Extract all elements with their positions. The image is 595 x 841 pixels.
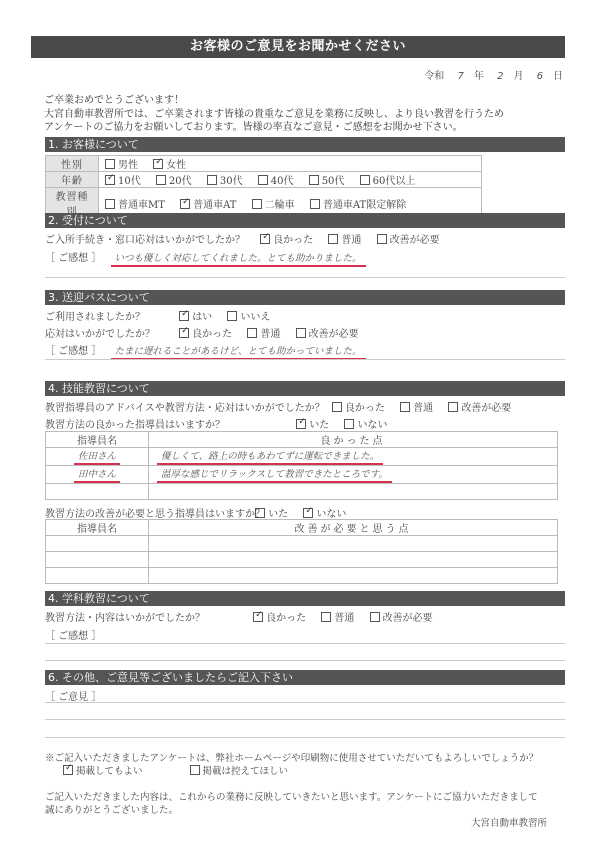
table-row: 田中さん 温厚な感じでリラックスして教習できたところです。	[46, 466, 558, 484]
bus-comment-row: ［ ご感想 ］ たまに遅れることがあるけど、とても助かっていました。	[45, 342, 366, 360]
checkbox-needs-improvement[interactable]: 改善が必要	[448, 399, 511, 414]
checkbox-good[interactable]: 良かった	[332, 399, 385, 414]
checked-checkbox-icon	[179, 328, 189, 338]
option-label: 改善が必要	[461, 403, 511, 414]
reception-comment[interactable]: いつも優しく対応してくれました。とても助かりました。	[111, 250, 366, 267]
option-label: 二輪車	[265, 200, 295, 211]
checkbox-good[interactable]: 良かった	[260, 231, 313, 246]
good-point-cell[interactable]: 優しくて、路上の時もあわてずに運転できました。	[149, 448, 558, 466]
checkbox-icon	[105, 199, 115, 209]
checkbox-allow-publish[interactable]: 掲載してもよい	[63, 765, 143, 778]
option-label: 50代	[322, 176, 345, 187]
checked-checkbox-icon	[153, 159, 163, 169]
other-comment-row: ［ ご意見 ］	[45, 688, 101, 703]
instructor-name-cell[interactable]	[46, 484, 149, 500]
section-header-skill: 4. 技能教習について	[45, 381, 565, 396]
comment-line	[45, 660, 565, 661]
checkbox-normal[interactable]: 普通	[400, 399, 433, 414]
academic-comment-row: ［ ご感想 ］	[45, 627, 101, 642]
option-label: 普通車AT限定解除	[323, 200, 406, 211]
table-row: 佐田さん 優しくて、路上の時もあわてずに運転できました。	[46, 448, 558, 466]
column-header: 良かった点	[149, 432, 558, 448]
closing-line: ご記入いただきました内容は、これからの業務に反映していきたいと思います。アンケー…	[45, 791, 538, 804]
checkbox-10s[interactable]: 10代	[105, 172, 141, 187]
checkbox-good[interactable]: 良かった	[253, 609, 306, 624]
table-header: 指導員名 改善が必要と思う点	[46, 520, 558, 536]
good-point-cell[interactable]: 温厚な感じでリラックスして教習できたところです。	[149, 466, 558, 484]
date-month[interactable]: 2	[497, 71, 503, 82]
date-year[interactable]: 7	[458, 71, 464, 82]
section-header-customer: 1. お客様について	[45, 137, 565, 152]
bad-instructor-table: 指導員名 改善が必要と思う点	[45, 519, 558, 584]
checked-checkbox-icon	[105, 175, 115, 185]
option-label: 改善が必要	[383, 613, 433, 624]
section-header-bus: 3. 送迎バスについて	[45, 290, 565, 305]
comment-line	[45, 719, 565, 720]
option-label: いいえ	[240, 312, 270, 323]
good-instructor-question: 教習方法の良かった指導員はいますか？	[45, 416, 293, 431]
comment-label: ［ ご感想 ］	[45, 253, 101, 264]
option-label: 男性	[118, 160, 138, 171]
customer-info-table: 性別 男性 女性 年齢 10代 20代 30代 40代 50代 60代以上 教習…	[45, 155, 482, 219]
option-label: はい	[192, 312, 212, 323]
checkbox-icon	[296, 328, 306, 338]
reception-question: ご入所手続き・窓口応対はいかがでしたか？	[45, 235, 245, 246]
comment-line	[45, 737, 565, 738]
checkbox-60s-plus[interactable]: 60代以上	[360, 172, 416, 187]
day-unit: 日	[553, 71, 563, 82]
checkbox-30s[interactable]: 30代	[207, 172, 243, 187]
option-label: 掲載してもよい	[76, 766, 143, 777]
date-day[interactable]: 6	[537, 71, 543, 82]
checkbox-normal[interactable]: 普通	[247, 325, 280, 340]
checkbox-at[interactable]: 普通車AT	[180, 196, 236, 211]
checkbox-icon	[344, 419, 354, 429]
bad-instructor-row: 教習方法の改善が必要と思う指導員はいますか？ いた いない	[45, 505, 358, 520]
checkbox-icon	[105, 159, 115, 169]
bus-usage-row: ご利用されましたか？ はい いいえ	[45, 308, 282, 323]
checkbox-no[interactable]: いいえ	[227, 308, 270, 323]
checkbox-icon	[332, 402, 342, 412]
section-header-other: 6. その他、ご意見等ございましたらご記入下さい	[45, 670, 565, 685]
section-header-academic: 4. 学科教習について	[45, 591, 565, 606]
checkbox-20s[interactable]: 20代	[156, 172, 192, 187]
checkbox-yes[interactable]: いた	[255, 505, 288, 520]
option-label: 改善が必要	[309, 329, 359, 340]
reception-question-row: ご入所手続き・窓口応対はいかがでしたか？ 良かった 普通 改善が必要	[45, 231, 452, 246]
table-row	[46, 568, 558, 584]
month-unit: 月	[513, 71, 523, 82]
checked-checkbox-icon	[303, 508, 313, 518]
gender-label: 性別	[46, 156, 99, 172]
option-label: 改善が必要	[390, 235, 440, 246]
checkbox-no[interactable]: いない	[303, 505, 346, 520]
checkbox-50s[interactable]: 50代	[309, 172, 345, 187]
checkbox-at-release[interactable]: 普通車AT限定解除	[310, 196, 406, 211]
improvement-point-cell[interactable]	[149, 536, 558, 552]
checkbox-icon	[247, 328, 257, 338]
checkbox-no[interactable]: いない	[344, 416, 387, 431]
bus-usage-question: ご利用されましたか？	[45, 308, 176, 323]
checkbox-yes[interactable]: いた	[296, 416, 329, 431]
instructor-name-cell[interactable]: 田中さん	[46, 466, 149, 484]
bus-comment[interactable]: たまに遅れることがあるけど、とても助かっていました。	[111, 343, 366, 360]
consent-block: ※ご記入いただきましたアンケートは、弊社ホームページや印刷物に使用させていただい…	[45, 752, 538, 778]
checkbox-icon	[400, 402, 410, 412]
checkbox-icon	[360, 175, 370, 185]
checkbox-yes[interactable]: はい	[179, 308, 212, 323]
instructor-name: 田中さん	[74, 466, 120, 483]
comment-label: ［ ご感想 ］	[45, 631, 101, 642]
checkbox-decline-publish[interactable]: 掲載は控えてほしい	[190, 765, 289, 778]
bus-service-row: 応対はいかがでしたか？ 良かった 普通 改善が必要	[45, 325, 371, 340]
comment-label: ［ ご感想 ］	[45, 346, 101, 357]
year-unit: 年	[474, 71, 484, 82]
checkbox-needs-improvement[interactable]: 改善が必要	[377, 231, 440, 246]
option-label: 良かった	[273, 235, 313, 246]
table-row	[46, 536, 558, 552]
good-instructor-row: 教習方法の良かった指導員はいますか？ いた いない	[45, 416, 399, 431]
gender-options: 男性 女性	[99, 156, 482, 172]
good-instructor-table: 指導員名 良かった点 佐田さん 優しくて、路上の時もあわてずに運転できました。 …	[45, 431, 558, 500]
instructor-name: 佐田さん	[74, 448, 120, 465]
checkbox-good[interactable]: 良かった	[179, 325, 232, 340]
checkbox-mt[interactable]: 普通車MT	[105, 196, 165, 211]
checked-checkbox-icon	[63, 765, 73, 775]
checkbox-male[interactable]: 男性	[105, 156, 138, 171]
checkbox-icon	[227, 311, 237, 321]
checked-checkbox-icon	[253, 612, 263, 622]
checkbox-motorcycle[interactable]: 二輪車	[252, 196, 295, 211]
checkbox-female[interactable]: 女性	[153, 156, 186, 171]
checked-checkbox-icon	[296, 419, 306, 429]
option-label: 普通	[341, 235, 361, 246]
good-point-cell[interactable]	[149, 484, 558, 500]
checkbox-needs-improvement[interactable]: 改善が必要	[296, 325, 359, 340]
instructor-name-cell[interactable]	[46, 552, 149, 568]
checked-checkbox-icon	[180, 199, 190, 209]
option-label: 40代	[271, 176, 294, 187]
comment-line	[45, 702, 565, 703]
option-label: 良かった	[345, 403, 385, 414]
option-label: いない	[357, 420, 387, 431]
table-row	[46, 552, 558, 568]
option-label: 10代	[118, 176, 141, 187]
table-row	[46, 484, 558, 500]
option-label: 良かった	[266, 613, 306, 624]
option-label: 女性	[166, 160, 186, 171]
skill-instructor-row: 教習指導員のアドバイスや教習方法・応対はいかがでしたか？ 良かった 普通 改善が…	[45, 399, 523, 414]
option-label: 普通車MT	[118, 200, 165, 211]
checkbox-icon	[156, 175, 166, 185]
checkbox-icon	[328, 234, 338, 244]
consent-question: ※ご記入いただきましたアンケートは、弊社ホームページや印刷物に使用させていただい…	[45, 752, 538, 765]
bus-service-question: 応対はいかがでしたか？	[45, 325, 176, 340]
checkbox-normal[interactable]: 普通	[328, 231, 361, 246]
checkbox-icon	[190, 765, 200, 775]
option-label: 普通	[260, 329, 280, 340]
column-header: 指導員名	[46, 520, 149, 536]
instructor-name-cell[interactable]: 佐田さん	[46, 448, 149, 466]
column-header: 改善が必要と思う点	[149, 520, 558, 536]
age-options: 10代 20代 30代 40代 50代 60代以上	[99, 172, 482, 188]
checked-checkbox-icon	[179, 311, 189, 321]
survey-title: お客様のご意見をお聞かせください	[31, 36, 565, 58]
comment-line	[45, 359, 565, 360]
academic-question: 教習方法・内容はいかがでしたか？	[45, 609, 250, 624]
comment-line	[45, 643, 565, 644]
option-label: 普通	[413, 403, 433, 414]
checkbox-needs-improvement[interactable]: 改善が必要	[370, 609, 433, 624]
option-label: 60代以上	[373, 176, 416, 187]
academic-question-row: 教習方法・内容はいかがでしたか？ 良かった 普通 改善が必要	[45, 609, 445, 624]
date: 令和 7年 2月 6日	[424, 67, 563, 82]
improvement-point-cell[interactable]	[149, 552, 558, 568]
checkbox-40s[interactable]: 40代	[258, 172, 294, 187]
checkbox-icon	[252, 199, 262, 209]
column-header: 指導員名	[46, 432, 149, 448]
checked-checkbox-icon	[260, 234, 270, 244]
checkbox-normal[interactable]: 普通	[321, 609, 354, 624]
comment-line	[45, 277, 565, 278]
option-label: 掲載は控えてほしい	[203, 766, 289, 777]
gender-row: 性別 男性 女性	[46, 156, 482, 172]
good-point: 優しくて、路上の時もあわてずに運転できました。	[157, 448, 383, 465]
intro-line: ご卒業おめでとうございます！	[44, 94, 504, 108]
intro-line: アンケートのご協力をお願いしております。皆様の率直なご意見・ご感想をお聞かせ下さ…	[44, 121, 504, 135]
checkbox-icon	[370, 612, 380, 622]
signature: 大宮自動車教習所	[471, 817, 547, 830]
instructor-name-cell[interactable]	[46, 536, 149, 552]
checkbox-icon	[258, 175, 268, 185]
option-label: いた	[309, 420, 329, 431]
checkbox-icon	[255, 508, 265, 518]
date-era: 令和	[424, 71, 444, 82]
age-label: 年齢	[46, 172, 99, 188]
age-row: 年齢 10代 20代 30代 40代 50代 60代以上	[46, 172, 482, 188]
skill-instructor-question: 教習指導員のアドバイスや教習方法・応対はいかがでしたか？	[45, 403, 325, 414]
instructor-name-cell[interactable]	[46, 568, 149, 584]
option-label: 20代	[169, 176, 192, 187]
closing-line: 誠にありがとうございました。	[45, 804, 538, 817]
checkbox-icon	[321, 612, 331, 622]
checkbox-icon	[377, 234, 387, 244]
checkbox-icon	[207, 175, 217, 185]
intro-line: 大宮自動車教習所では、ご卒業されます皆様の貴重なご意見を業務に反映し、より良い教…	[44, 108, 504, 122]
consent-options: 掲載してもよい 掲載は控えてほしい	[45, 765, 538, 778]
checkbox-icon	[448, 402, 458, 412]
section-header-reception: 2. 受付について	[45, 213, 565, 228]
option-label: 30代	[220, 176, 243, 187]
option-label: 良かった	[192, 329, 232, 340]
reception-comment-row: ［ ご感想 ］ いつも優しく対応してくれました。とても助かりました。	[45, 249, 366, 267]
improvement-point-cell[interactable]	[149, 568, 558, 584]
intro-text: ご卒業おめでとうございます！ 大宮自動車教習所では、ご卒業されます皆様の貴重なご…	[44, 94, 504, 135]
table-header: 指導員名 良かった点	[46, 432, 558, 448]
checkbox-icon	[309, 175, 319, 185]
checkbox-icon	[310, 199, 320, 209]
option-label: 普通車AT	[193, 200, 236, 211]
bad-instructor-question: 教習方法の改善が必要と思う指導員はいますか？	[45, 505, 252, 520]
option-label: 普通	[334, 613, 354, 624]
closing-text: ご記入いただきました内容は、これからの業務に反映していきたいと思います。アンケー…	[45, 791, 538, 817]
good-point: 温厚な感じでリラックスして教習できたところです。	[157, 466, 392, 483]
